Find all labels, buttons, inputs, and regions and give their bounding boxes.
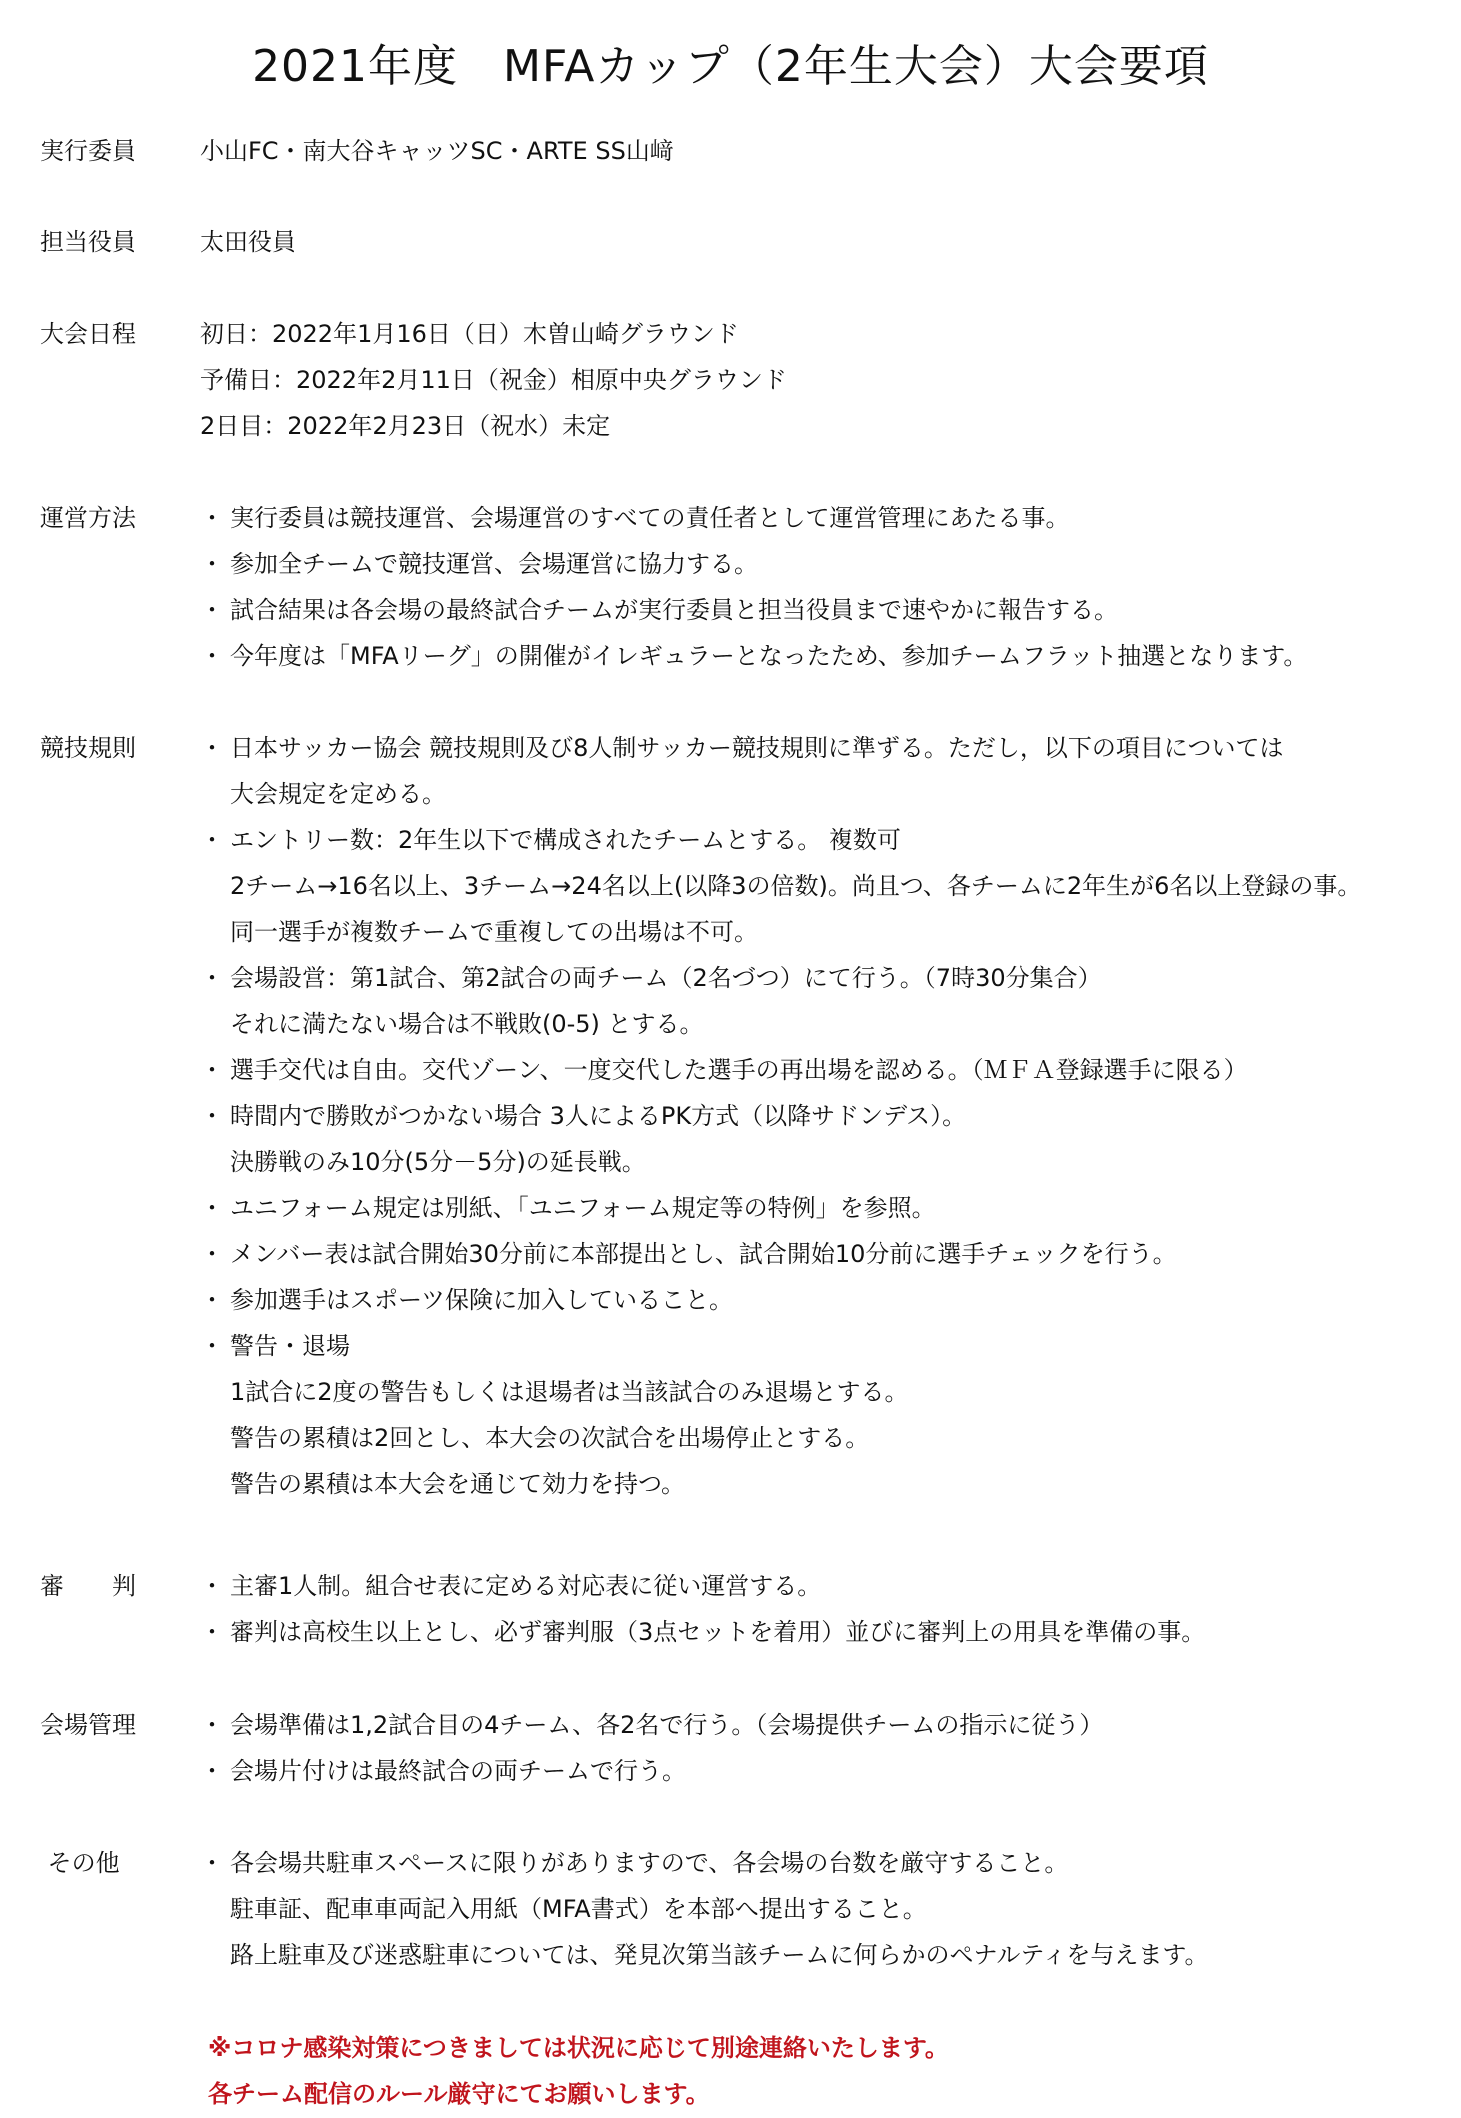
section-label: 審 判: [40, 1563, 136, 1609]
bullet-item: 参加全チームで競技運営、会場運営に協力する。: [200, 541, 1307, 587]
bullet-item: 会場設営：第1試合、第2試合の両チーム（2名づつ）にて行う。（7時30分集合）: [200, 955, 1361, 1001]
section-body: 会場準備は1,2試合目の4チーム、各2名で行う。（会場提供チームの指示に従う） …: [200, 1702, 1103, 1794]
section-body: 各会場共駐車スペースに限りがありますので、各会場の台数を厳守すること。 駐車証、…: [200, 1840, 1208, 1978]
continuation-line: 決勝戦のみ10分(5分－5分)の延長戦。: [200, 1139, 1361, 1185]
section-label: 会場管理: [40, 1702, 136, 1748]
bullet-item: 今年度は「MFAリーグ」の開催がイレギュラーとなったため、参加チームフラット抽選…: [200, 633, 1307, 679]
continuation-line: 1試合に2度の警告もしくは退場者は当該試合のみ退場とする。: [200, 1369, 1361, 1415]
bullet-item: 日本サッカー協会 競技規則及び8人制サッカー競技規則に準ずる。ただし，以下の項目…: [200, 725, 1361, 771]
bullet-item: 会場準備は1,2試合目の4チーム、各2名で行う。（会場提供チームの指示に従う）: [200, 1702, 1103, 1748]
document-title: 2021年度 MFAカップ（2年生大会）大会要項: [0, 30, 1461, 94]
continuation-line: 駐車証、配車車両記入用紙（MFA書式）を本部へ提出すること。: [200, 1886, 1208, 1932]
section-label: 競技規則: [40, 725, 136, 771]
continuation-line: 大会規定を定める。: [200, 771, 1361, 817]
continuation-line: 路上駐車及び迷惑駐車については、発見次第当該チームに何らかのペナルティを与えます…: [200, 1932, 1208, 1978]
schedule-reserve: 予備日：2022年2月11日（祝金）相原中央グラウンド: [200, 357, 787, 403]
continuation-line: 警告の累積は本大会を通じて効力を持つ。: [200, 1461, 1361, 1507]
section-label: 大会日程: [40, 311, 136, 357]
section-label: 運営方法: [40, 495, 136, 541]
covid-notice: ※コロナ感染対策につきましては状況に応じて別途連絡いたします。 各チーム配信のル…: [208, 2025, 949, 2117]
notice-line: ※コロナ感染対策につきましては状況に応じて別途連絡いたします。: [208, 2025, 949, 2071]
section-label: その他: [40, 1840, 120, 1886]
section-body: 実行委員は競技運営、会場運営のすべての責任者として運営管理にあたる事。 参加全チ…: [200, 495, 1307, 679]
section-label: 実行委員: [40, 128, 136, 174]
bullet-item: 審判は高校生以上とし、必ず審判服（3点セットを着用）並びに審判上の用具を準備の事…: [200, 1609, 1205, 1655]
continuation-line: 警告の累積は2回とし、本大会の次試合を出場停止とする。: [200, 1415, 1361, 1461]
continuation-line: 2チーム→16名以上、3チーム→24名以上(以降3の倍数)。尚且つ、各チームに2…: [200, 863, 1361, 909]
notice-line: 各チーム配信のルール厳守にてお願いします。: [208, 2071, 949, 2117]
continuation-line: 同一選手が複数チームで重複しての出場は不可。: [200, 909, 1361, 955]
section-body: 太田役員: [200, 219, 296, 265]
section-label: 担当役員: [40, 219, 136, 265]
section-body: 日本サッカー協会 競技規則及び8人制サッカー競技規則に準ずる。ただし，以下の項目…: [200, 725, 1361, 1507]
bullet-item: 会場片付けは最終試合の両チームで行う。: [200, 1748, 1103, 1794]
section-body: 主審1人制。組合せ表に定める対応表に従い運営する。 審判は高校生以上とし、必ず審…: [200, 1563, 1205, 1655]
section-body: 小山FC・南大谷キャッツSC・ARTE SS山﨑: [200, 128, 674, 174]
bullet-item: 選手交代は自由。交代ゾーン、一度交代した選手の再出場を認める。（ＭＦＡ登録選手に…: [200, 1047, 1361, 1093]
bullet-item: ユニフォーム規定は別紙、「ユニフォーム規定等の特例」を参照。: [200, 1185, 1361, 1231]
bullet-item: 参加選手はスポーツ保険に加入していること。: [200, 1277, 1361, 1323]
bullet-item: 試合結果は各会場の最終試合チームが実行委員と担当役員まで速やかに報告する。: [200, 587, 1307, 633]
bullet-item: メンバー表は試合開始30分前に本部提出とし、試合開始10分前に選手チェックを行う…: [200, 1231, 1361, 1277]
text-line: 太田役員: [200, 219, 296, 265]
continuation-line: それに満たない場合は不戦敗(0-5) とする。: [200, 1001, 1361, 1047]
bullet-item: 主審1人制。組合せ表に定める対応表に従い運営する。: [200, 1563, 1205, 1609]
bullet-item: 時間内で勝敗がつかない場合 3人によるPK方式（以降サドンデス）。: [200, 1093, 1361, 1139]
schedule-day1: 初日：2022年1月16日（日）木曽山崎グラウンド: [200, 311, 787, 357]
text-line: 小山FC・南大谷キャッツSC・ARTE SS山﨑: [200, 128, 674, 174]
bullet-item: 実行委員は競技運営、会場運営のすべての責任者として運営管理にあたる事。: [200, 495, 1307, 541]
section-body: 初日：2022年1月16日（日）木曽山崎グラウンド 予備日：2022年2月11日…: [200, 311, 787, 449]
bullet-item: 警告・退場: [200, 1323, 1361, 1369]
bullet-item: 各会場共駐車スペースに限りがありますので、各会場の台数を厳守すること。: [200, 1840, 1208, 1886]
bullet-item: エントリー数：2年生以下で構成されたチームとする。 複数可: [200, 817, 1361, 863]
schedule-day2: 2日目：2022年2月23日（祝水）未定: [200, 403, 787, 449]
